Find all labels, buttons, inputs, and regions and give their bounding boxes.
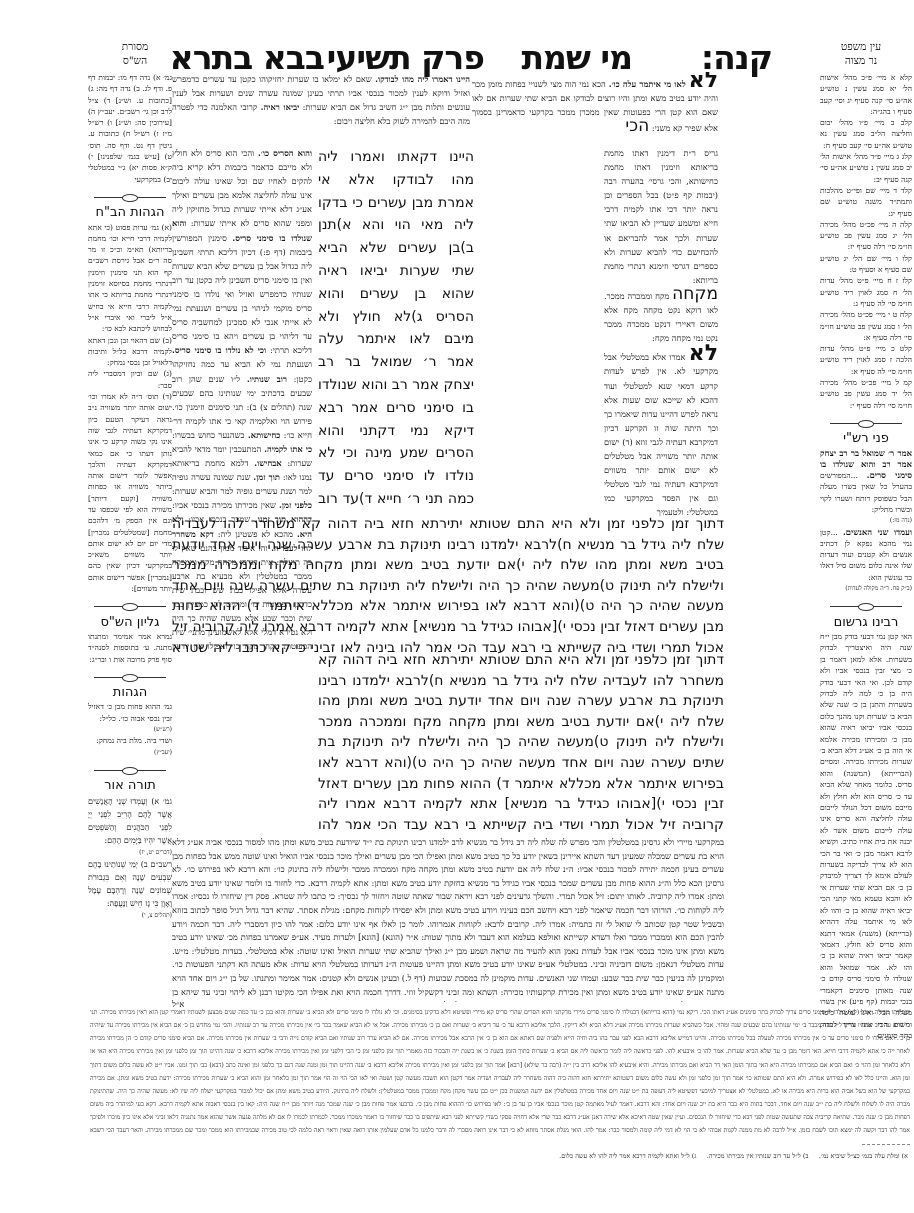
ein-mishpat-entry: קלג ג מיי׳ פ״ד מהל׳ אישות הל׳ יב סמג עשי… (820, 151, 912, 185)
hagahot-entry: ושדי ביה. מלת ביה נמחק: (88, 735, 172, 746)
tosafot-text: ומכירתו מכירה. אבל (לא) בולדו לו סימני ס… (90, 1006, 910, 1140)
penei-rashi-title: פני רש"י (820, 433, 912, 444)
rashbam-dibbur: רוב שנותיו. (247, 374, 287, 384)
rashbam-dibbur: כחישותא. (248, 430, 280, 440)
hagahot-source: (רש״ש) (88, 724, 172, 735)
tosafot-dibbur: מקחה (672, 284, 718, 304)
gemara-text: היינו דקאתו ואמרו ליה מהו לבודקו אלא אי … (318, 146, 474, 514)
ornament-divider (88, 193, 172, 204)
torah-or-source: (דברים יט, יז) (88, 847, 172, 858)
ein-mishpat-entry: קלה ה מיי׳ פכ״ט מהל׳ מכירה הל׳ יג סמג עש… (820, 219, 912, 253)
ein-mishpat-entry: קלו ו מיי׳ שם הל׳ יג טוש״ע שם סעיף א וסע… (820, 253, 912, 276)
torah-or-source: (תהלים צ, י) (88, 910, 172, 921)
rashbam-dibbur: כלפני זמן. (279, 500, 312, 510)
ornament-divider (820, 419, 912, 430)
footnote-b: ב) ל״ל עד רוב שנותיו אין מכירתו מכירה. (707, 1152, 809, 1160)
ornament-divider (88, 766, 172, 777)
ornament-divider (88, 673, 172, 684)
masoret-label-line1: מסורת (100, 40, 170, 54)
footnotes: א) ומלת עלה בגמ׳ כצ״ל שיביא נמ׳. ב) ל״ל … (559, 1152, 908, 1160)
rashbam-dibbur: יביאו ראיה. (261, 102, 300, 112)
tosafot-dibbur: לא (689, 341, 718, 366)
rashbam-text: במקרקעי מיירי ולא גרסינן במטלטלין והכי מ… (172, 836, 724, 1002)
rashbam-dibbur: וכי לא נולדו בו סימני סריס. (172, 345, 266, 355)
masoret-hashas-body: גמ׳ א) נדה דף מו: יבמות דף פ. ודף לג. ב)… (88, 72, 172, 185)
rabbeinu-gershom-title: רבינו גרשום (820, 617, 912, 628)
gilyon-hashas-title: גליון הש"ס (88, 617, 172, 628)
rashbam-dibbur: אבחישו. (254, 458, 281, 468)
tosafot-intro: לא לאו מי איתמר עלה כו׳. הכא נמי הוה מצי… (472, 72, 718, 145)
rabbeinu-gershom-body: האי קטן נמי דבעי בודק מבן י״ח שנה היה וא… (820, 631, 912, 1042)
rashbam-text: שאין מכירתו מכירה בנכסי אביו: (172, 500, 276, 510)
ein-mishpat-entry: קלז ז ח מיי׳ פ״ט מהל׳ עדות הל׳ ח סמג לאו… (820, 275, 912, 309)
rashbam-dibbur: היינו דאמרו ליה מהו לבודקו. (375, 74, 470, 84)
gilyon-hashas-body: גמרא אמר אמימר ומתנתו מתנה. ע׳ בתוספות ל… (88, 631, 172, 665)
ein-mishpat-entry: קמ ל מיי׳ פכ״ט מהל׳ מכירה הל׳ יד סמג עשי… (820, 377, 912, 411)
penei-rashi-ref: (נדה מז:) (820, 515, 912, 526)
gemara-text-continued: דתוך זמן כלפני זמן ולא היא התם שטותא יתי… (318, 650, 724, 835)
rashbam-dibbur: כי אתו לקמיה. (264, 444, 312, 454)
torah-or-entry: גמ׳ א) וְעָמְדוּ שְׁנֵי הָאֲנָשִׁים אֲשֶ… (88, 795, 172, 847)
ein-mishpat-label: עין משפט נר מצוה (826, 40, 896, 68)
ein-mishpat-entry: קלב ב מיי׳ פ״ו מהל׳ יבום וחליצה הל״ב סמג… (820, 117, 912, 151)
ein-mishpat-label-line2: נר מצוה (826, 54, 896, 68)
footnote-a: א) ומלת עלה בגמ׳ כצ״ל שיביא נמ׳. (819, 1152, 908, 1160)
rashbam-intro: היינו דאמרו ליה מהו לבודקו. שאם לא ימלאו… (172, 72, 470, 145)
masoret-label-line2: הש"ס (100, 54, 170, 68)
hagahot-habach-title: הגהות הב"ח (88, 207, 172, 218)
gemara-column-wide-lower: דתוך זמן כלפני זמן ולא היא התם שטותא יתי… (172, 514, 724, 654)
ein-mishpat-column: קלא א מיי׳ פ״כ מהל׳ אישות הל׳ יא סמג עשי… (820, 72, 912, 1042)
footnote-c: ג) ל״ל ואתא לקמיה דרבא אמר ליה להו לא עש… (559, 1152, 696, 1160)
penei-rashi-lead: ועמדו שני האנשים. (843, 527, 912, 537)
hagahot-habach-entry: (א) גמ׳ עדות פסוט (כי אתא לקמיה דרבי חיי… (88, 222, 172, 335)
gemara-text: דתוך זמן כלפני זמן ולא היא התם שטותא יתי… (172, 514, 724, 654)
tosafot-text: גריס ר״ת דימנין דאתו מחמת בריאותא וזימני… (604, 146, 718, 287)
rashbam-dibbur: תוך זמן. (253, 472, 280, 482)
tosafot-column: גריס ר״ת דימנין דאתו מחמת בריאותא וזימני… (604, 146, 718, 518)
gemara-column-narrow: היינו דקאתו ואמרו ליה מהו לבודקו אלא אי … (318, 146, 474, 514)
penei-rashi-ref: (ב״ק פח. ד״ה מקולה לעדות) (820, 583, 912, 594)
hagahot-source: (יעב״ץ) (88, 747, 172, 758)
rashbam-dibbur: והוא הסריס כו׳. (258, 148, 312, 158)
ein-mishpat-entry: קלט כ מיי׳ פ״ט מהל׳ עדות הלכה ז סמג לאוי… (820, 343, 912, 377)
torah-or-entry: רשב״ם ב) יְמֵי שְׁנוֹתֵינוּ בָהֶם שִׁבְע… (88, 858, 172, 910)
hagahot-habach-entry: (ג) שם וביון דמסברי ליה סבר: (88, 368, 172, 391)
rashbam-bottom: במקרקעי מיירי ולא גרסינן במטלטלין והכי מ… (172, 836, 724, 1002)
ein-mishpat-entry: קלח ט י מיי׳ פכ״ט מהל׳ מכירה הל׳ ו סמג ע… (820, 309, 912, 343)
ein-mishpat-entry: קלד ד מיי׳ שם ופי״ט מהלכות ותמת״ד משנה ט… (820, 185, 912, 219)
hagahot-habach-entry: (ד) תוס׳ ד״ה לא אמרו וכו׳ ישום אותה יותר… (88, 391, 172, 594)
hagahot-habach-entry: (ב) שם דהאוי זבן ונכן דאתא לקמיה דרבא כל… (88, 335, 172, 369)
hagahot-entry: גמ׳ ההוא פחות מבן כ׳ דאזיל זבין נכסי אבו… (88, 701, 172, 724)
ein-mishpat-entry: קלא א מיי׳ פ״כ מהל׳ אישות הל׳ יא סמג עשי… (820, 72, 912, 117)
ein-mishpat-label-line1: עין משפט (826, 40, 896, 54)
ornament-divider (820, 602, 912, 613)
tosafot-dibbur: לאו מי איתמר עלה כו׳. (609, 79, 686, 89)
torah-or-title: תורה אור (88, 780, 172, 791)
tosafot-bottom: ומכירתו מכירה. אבל (לא) בולדו לו סימני ס… (90, 1000, 910, 1140)
hagahot-title: הגהות (88, 687, 172, 698)
rashbam-text: כשהנער כחוש בבשרו: (172, 430, 245, 440)
gemara-column-wide-continued: דתוך זמן כלפני זמן ולא היא התם שטותא יתי… (318, 650, 724, 835)
rashbam-text: סימנין המפורשין ביבמות (דף פ:) דכיון דלי… (172, 233, 312, 356)
tosafot-dibbur-lead-letter: לא (689, 72, 718, 93)
masoret-hashas-label: מסורת הש"ס (100, 40, 170, 68)
tosafot-text: אמרו אלא במטלטלי אבל מקרקעי לא. אין לפרש… (604, 352, 718, 517)
tosafot-dibbur-hachi: הכי (625, 116, 649, 136)
rashbam-text: והכי הוא סריס ולא חולץ ולא מייבם כדאמר ב… (172, 148, 312, 228)
footnote-rule (862, 1144, 910, 1145)
masoret-hashas-column: גמ׳ א) נדה דף מו: יבמות דף פ. ודף לג. ב)… (88, 72, 172, 921)
ornament-divider (88, 602, 172, 613)
